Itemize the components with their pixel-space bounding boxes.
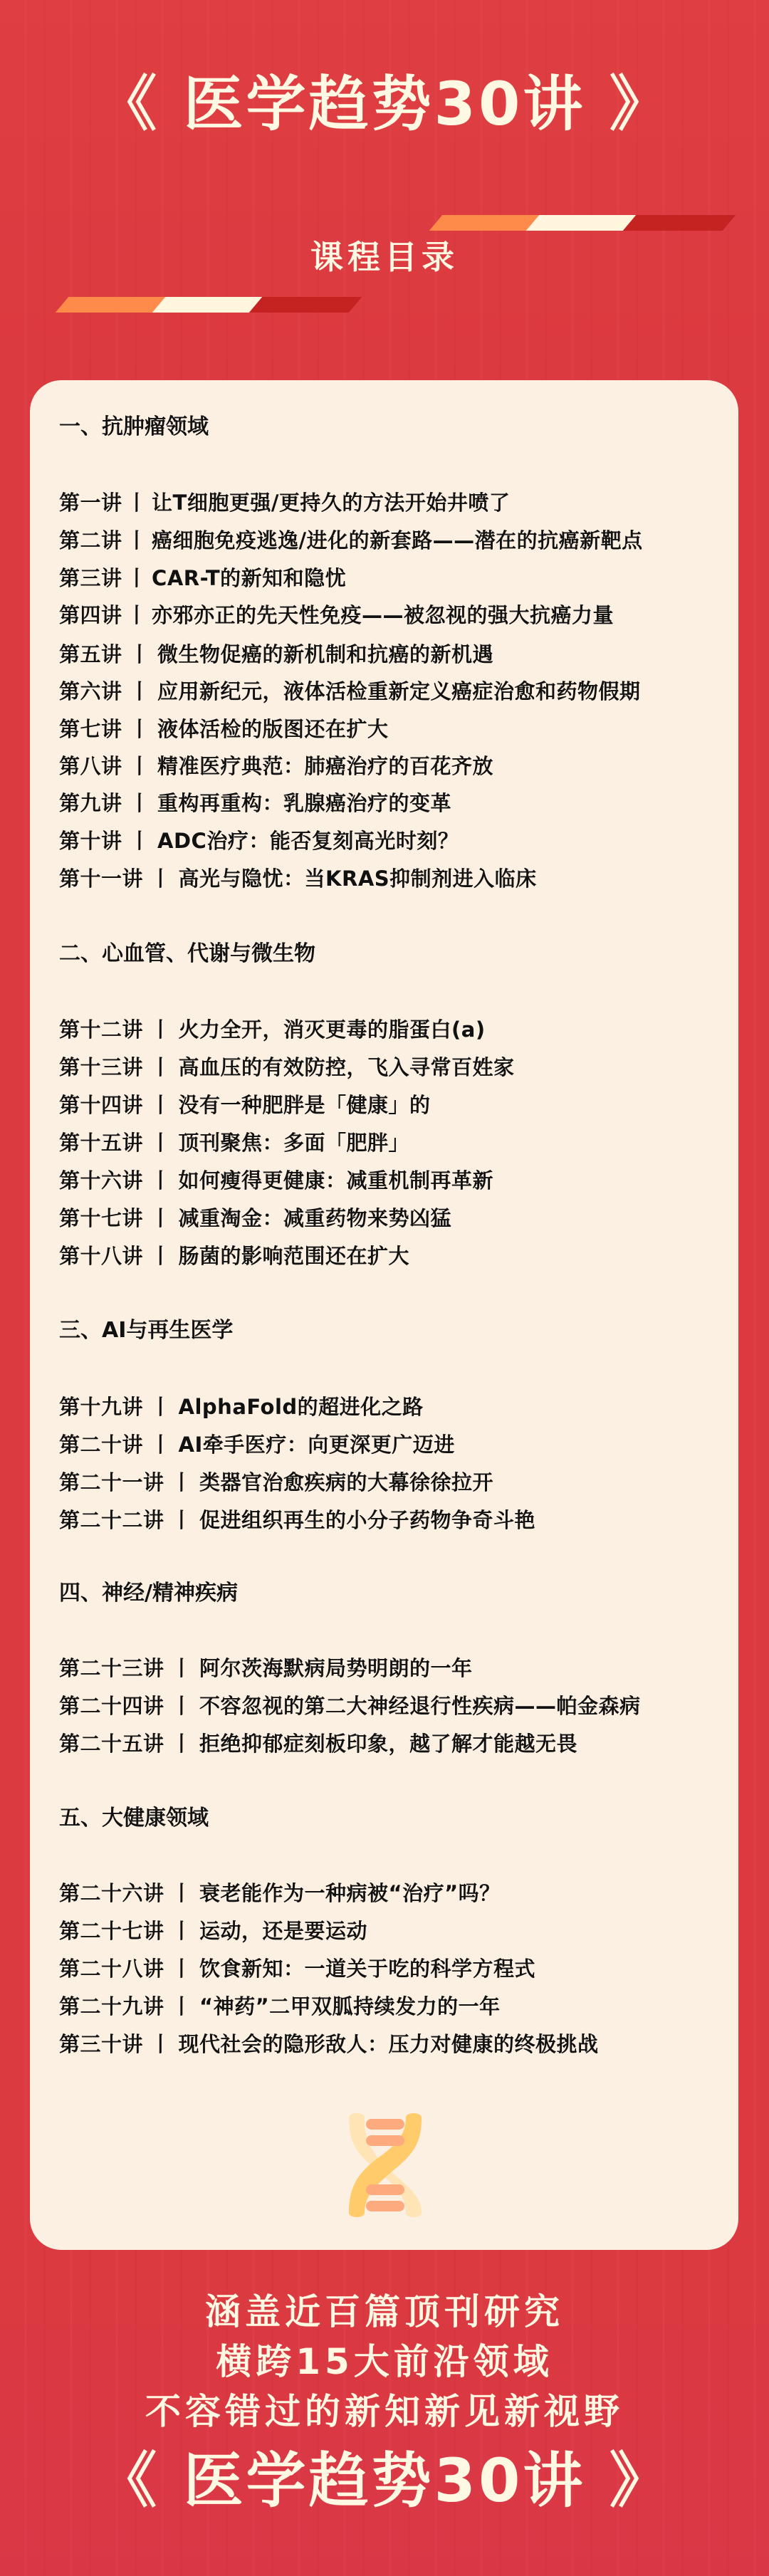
- lecture-item: 第二十讲丨AI牵手医疗：向更深更广迈进: [59, 1433, 455, 1456]
- lecture-number: 第十四讲: [59, 1093, 143, 1117]
- lecture-title: 拒绝抑郁症刻板印象，越了解才能越无畏: [199, 1732, 577, 1756]
- dna-icon: [343, 2109, 427, 2219]
- footer-title: 《 医学趋势30讲 》: [0, 2451, 769, 2510]
- section-title-neuro: 四、神经/精神疾病: [59, 1582, 238, 1605]
- lecture-title: 不容忽视的第二大神经退行性疾病——帕金森病: [199, 1694, 641, 1718]
- lecture-number: 第八讲: [59, 754, 122, 778]
- lecture-title: 微生物促癌的新机制和抗癌的新机遇: [157, 642, 493, 666]
- lecture-item: 第十一讲丨高光与隐忧：当KRAS抑制剂进入临床: [59, 867, 537, 890]
- lecture-title: AlphaFold的超进化之路: [179, 1395, 424, 1419]
- separator: 丨: [164, 1995, 200, 2018]
- lecture-title: CAR-T的新知和隐忧: [152, 566, 346, 590]
- lecture-title: 没有一种肥胖是「健康」的: [179, 1093, 431, 1117]
- lecture-item: 第三讲丨CAR-T的新知和隐忧: [59, 567, 346, 590]
- section-title-oncology: 一、抗肿瘤领域: [59, 416, 209, 439]
- separator: 丨: [122, 529, 152, 552]
- lecture-number: 第十五讲: [59, 1131, 143, 1155]
- stripe-segment-orange: [56, 297, 168, 313]
- separator: 丨: [143, 1396, 179, 1418]
- lecture-title: 促进组织再生的小分子药物争奇斗艳: [199, 1508, 535, 1532]
- stripe-segment-dark: [249, 297, 362, 313]
- lecture-title: “神药”二甲双胍持续发力的一年: [199, 1994, 501, 2019]
- separator: 丨: [164, 1695, 200, 1717]
- lecture-number: 第二十六讲: [59, 1881, 164, 1905]
- lecture-number: 第一讲: [59, 491, 122, 515]
- lecture-number: 第四讲: [59, 603, 122, 627]
- lecture-title: 运动，还是要运动: [199, 1919, 367, 1943]
- lecture-title: 火力全开，消灭更毒的脂蛋白(a): [179, 1017, 486, 1042]
- separator: 丨: [143, 1056, 179, 1079]
- separator: 丨: [143, 1245, 179, 1267]
- lecture-item: 第十四讲丨没有一种肥胖是「健康」的: [59, 1094, 431, 1116]
- decorative-stripe-bottom: [53, 297, 360, 313]
- toc-card: 一、抗肿瘤领域 第一讲丨让T细胞更强/更持久的方法开始井喷了 第二讲丨癌细胞免疫…: [30, 380, 738, 2250]
- separator: 丨: [122, 567, 152, 590]
- lecture-number: 第二讲: [59, 528, 122, 553]
- lecture-number: 第十九讲: [59, 1395, 143, 1419]
- stripe-segment-cream: [152, 297, 265, 313]
- lecture-title: 应用新纪元，液体活检重新定义癌症治愈和药物假期: [157, 679, 641, 703]
- separator: 丨: [122, 491, 152, 514]
- separator: 丨: [164, 1732, 200, 1755]
- lecture-number: 第三十讲: [59, 2032, 143, 2056]
- lecture-item: 第二十五讲丨拒绝抑郁症刻板印象，越了解才能越无畏: [59, 1732, 577, 1755]
- lecture-item: 第三十讲丨现代社会的隐形敌人：压力对健康的终极挑战: [59, 2033, 599, 2056]
- separator: 丨: [143, 1094, 179, 1116]
- lecture-number: 第二十七讲: [59, 1919, 164, 1943]
- section-title-ai-regenerative: 三、AI与再生医学: [59, 1319, 233, 1342]
- lecture-title: 癌细胞免疫逃逸/进化的新套路——潜在的抗癌新靶点: [152, 528, 643, 553]
- separator: 丨: [122, 643, 158, 666]
- lecture-title: 肠菌的影响范围还在扩大: [179, 1244, 410, 1268]
- lecture-number: 第二十九讲: [59, 1994, 164, 2019]
- lecture-number: 第二十三讲: [59, 1656, 164, 1680]
- separator: 丨: [164, 1882, 200, 1905]
- page-title: 《 医学趋势30讲 》: [0, 74, 769, 134]
- lecture-item: 第二十二讲丨促进组织再生的小分子药物争奇斗艳: [59, 1509, 535, 1532]
- lecture-title: 亦邪亦正的先天性免疫——被忽视的强大抗癌力量: [152, 603, 614, 627]
- lecture-item: 第十五讲丨顶刊聚焦：多面「肥胖」: [59, 1131, 409, 1154]
- lecture-title: 减重淘金：减重药物来势凶猛: [179, 1206, 452, 1230]
- lecture-item: 第十讲丨ADC治疗：能否复刻高光时刻？: [59, 829, 459, 852]
- section-title-wellness: 五、大健康领域: [59, 1807, 209, 1830]
- separator: 丨: [164, 1957, 200, 1980]
- lecture-item: 第八讲丨精准医疗典范：肺癌治疗的百花齐放: [59, 755, 493, 777]
- lecture-number: 第十一讲: [59, 866, 143, 891]
- lecture-item: 第一讲丨让T细胞更强/更持久的方法开始井喷了: [59, 491, 510, 514]
- lecture-title: 高血压的有效防控，飞入寻常百姓家: [179, 1055, 515, 1079]
- lecture-number: 第三讲: [59, 566, 122, 590]
- lecture-title: 让T细胞更强/更持久的方法开始井喷了: [152, 491, 510, 515]
- lecture-number: 第二十一讲: [59, 1470, 164, 1494]
- lecture-item: 第十二讲丨火力全开，消灭更毒的脂蛋白(a): [59, 1018, 486, 1041]
- lecture-title: 重构再重构：乳腺癌治疗的变革: [157, 791, 451, 815]
- lecture-number: 第十八讲: [59, 1244, 143, 1268]
- lecture-number: 第十讲: [59, 829, 122, 853]
- lecture-item: 第六讲丨应用新纪元，液体活检重新定义癌症治愈和药物假期: [59, 680, 641, 703]
- separator: 丨: [122, 792, 158, 815]
- lecture-item: 第二十四讲丨不容忽视的第二大神经退行性疾病——帕金森病: [59, 1695, 641, 1717]
- stripe-segment-orange: [429, 215, 542, 231]
- lecture-title: 高光与隐忧：当KRAS抑制剂进入临床: [179, 866, 537, 891]
- separator: 丨: [164, 1657, 200, 1680]
- section-title-cardiometabolic: 二、心血管、代谢与微生物: [59, 943, 315, 965]
- separator: 丨: [143, 2033, 179, 2056]
- lecture-title: 类器官治愈疾病的大幕徐徐拉开: [199, 1470, 493, 1494]
- lecture-number: 第十六讲: [59, 1168, 143, 1193]
- decorative-stripe-top: [427, 215, 733, 231]
- lecture-item: 第二十九讲丨“神药”二甲双胍持续发力的一年: [59, 1995, 501, 2018]
- lecture-item: 第十六讲丨如何瘦得更健康：减重机制再革新: [59, 1169, 493, 1192]
- separator: 丨: [143, 1433, 179, 1456]
- lecture-title: 现代社会的隐形敌人：压力对健康的终极挑战: [179, 2032, 599, 2056]
- lecture-title: AI牵手医疗：向更深更广迈进: [179, 1433, 455, 1457]
- lecture-number: 第二十八讲: [59, 1957, 164, 1981]
- lecture-number: 第二十五讲: [59, 1732, 164, 1756]
- lecture-item: 第二十一讲丨类器官治愈疾病的大幕徐徐拉开: [59, 1471, 493, 1494]
- lecture-number: 第十二讲: [59, 1017, 143, 1042]
- separator: 丨: [143, 1169, 179, 1192]
- lecture-number: 第九讲: [59, 791, 122, 815]
- lecture-number: 第十三讲: [59, 1055, 143, 1079]
- lecture-title: 如何瘦得更健康：减重机制再革新: [179, 1168, 494, 1193]
- lecture-number: 第十七讲: [59, 1206, 143, 1230]
- lecture-item: 第二讲丨癌细胞免疫逃逸/进化的新套路——潜在的抗癌新靶点: [59, 529, 643, 552]
- stripe-segment-dark: [623, 215, 736, 231]
- separator: 丨: [164, 1920, 200, 1942]
- toc-heading: 课程目录: [0, 241, 769, 273]
- footer-tagline-3: 不容错过的新知新见新视野: [0, 2394, 769, 2429]
- lecture-item: 第十三讲丨高血压的有效防控，飞入寻常百姓家: [59, 1056, 515, 1079]
- footer-tagline-1: 涵盖近百篇顶刊研究: [0, 2294, 769, 2330]
- separator: 丨: [164, 1509, 200, 1532]
- lecture-item: 第十七讲丨减重淘金：减重药物来势凶猛: [59, 1207, 451, 1230]
- lecture-item: 第二十三讲丨阿尔茨海默病局势明朗的一年: [59, 1657, 473, 1680]
- separator: 丨: [122, 718, 158, 740]
- lecture-number: 第六讲: [59, 679, 122, 703]
- separator: 丨: [143, 1018, 179, 1041]
- lecture-item: 第四讲丨亦邪亦正的先天性免疫——被忽视的强大抗癌力量: [59, 604, 614, 627]
- separator: 丨: [122, 680, 158, 703]
- lecture-item: 第十八讲丨肠菌的影响范围还在扩大: [59, 1245, 409, 1267]
- lecture-item: 第五讲丨微生物促癌的新机制和抗癌的新机遇: [59, 643, 493, 666]
- lecture-number: 第二十四讲: [59, 1694, 164, 1718]
- lecture-item: 第九讲丨重构再重构：乳腺癌治疗的变革: [59, 792, 451, 815]
- lecture-item: 第二十七讲丨运动，还是要运动: [59, 1920, 367, 1942]
- separator: 丨: [122, 604, 152, 627]
- lecture-title: 顶刊聚焦：多面「肥胖」: [179, 1131, 410, 1155]
- lecture-title: 衰老能作为一种病被“治疗”吗？: [199, 1881, 501, 1905]
- lecture-number: 第二十讲: [59, 1433, 143, 1457]
- separator: 丨: [164, 1471, 200, 1494]
- lecture-item: 第二十八讲丨饮食新知：一道关于吃的科学方程式: [59, 1957, 535, 1980]
- lecture-title: 精准医疗典范：肺癌治疗的百花齐放: [157, 754, 493, 778]
- separator: 丨: [143, 1207, 179, 1230]
- separator: 丨: [143, 867, 179, 890]
- lecture-item: 第二十六讲丨衰老能作为一种病被“治疗”吗？: [59, 1882, 501, 1905]
- stripe-segment-cream: [526, 215, 639, 231]
- lecture-title: 液体活检的版图还在扩大: [157, 717, 389, 741]
- lecture-number: 第二十二讲: [59, 1508, 164, 1532]
- separator: 丨: [143, 1131, 179, 1154]
- lecture-title: ADC治疗：能否复刻高光时刻？: [157, 829, 459, 853]
- separator: 丨: [122, 755, 158, 777]
- lecture-item: 第十九讲丨AlphaFold的超进化之路: [59, 1396, 424, 1418]
- separator: 丨: [122, 829, 158, 852]
- lecture-item: 第七讲丨液体活检的版图还在扩大: [59, 718, 389, 740]
- lecture-number: 第五讲: [59, 642, 122, 666]
- lecture-title: 阿尔茨海默病局势明朗的一年: [199, 1656, 473, 1680]
- footer-tagline-2: 横跨15大前沿领域: [0, 2344, 769, 2379]
- background-glow-top: [0, 0, 769, 370]
- lecture-title: 饮食新知：一道关于吃的科学方程式: [199, 1957, 535, 1981]
- lecture-number: 第七讲: [59, 717, 122, 741]
